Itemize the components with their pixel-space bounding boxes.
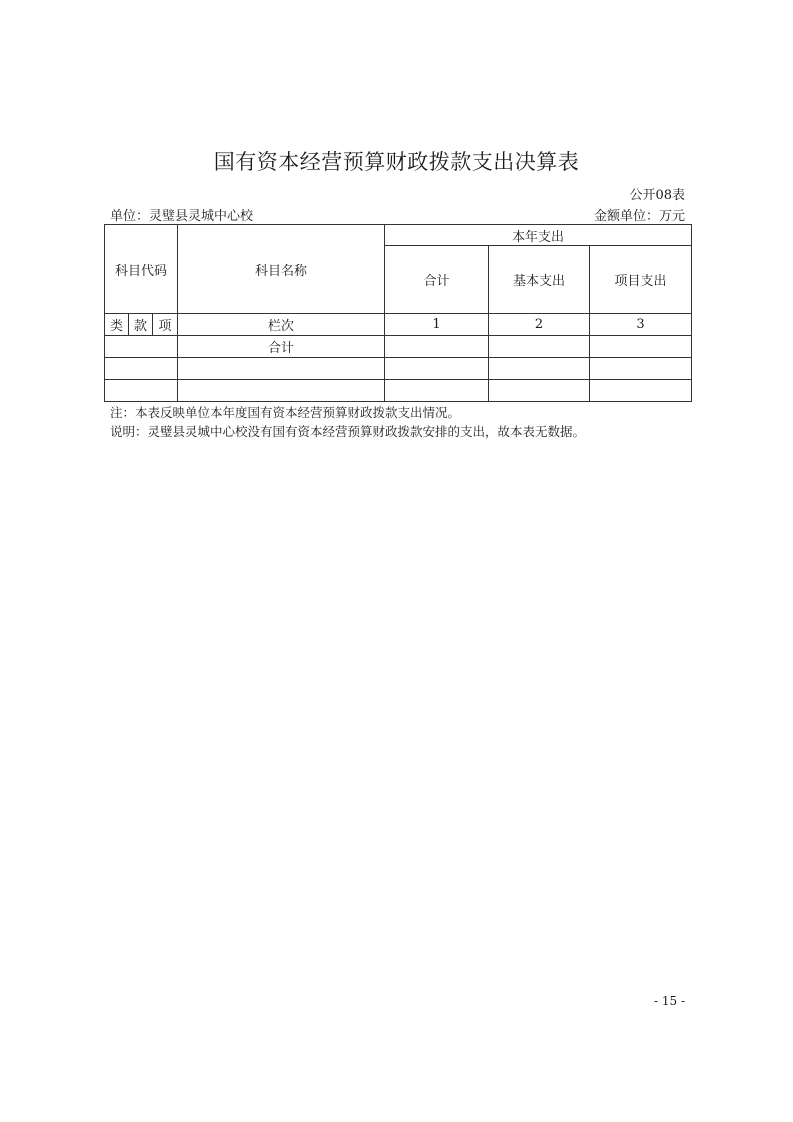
header-project-expenditure: 项目支出 xyxy=(590,246,692,314)
cell-total xyxy=(385,336,489,358)
page-number: - 15 - xyxy=(654,994,685,1008)
table-row xyxy=(105,380,692,402)
index-class: 类 xyxy=(105,314,129,336)
index-label: 栏次 xyxy=(178,314,385,336)
cell-basic xyxy=(489,380,590,402)
cell-project xyxy=(590,380,692,402)
cell-name xyxy=(178,358,385,380)
header-total: 合计 xyxy=(385,246,489,314)
cell-code xyxy=(105,380,178,402)
header-row: 科目代码 科目名称 本年支出 xyxy=(105,225,692,246)
cell-project xyxy=(590,336,692,358)
index-section: 款 xyxy=(129,314,153,336)
note-text: 注：本表反映单位本年度国有资本经营预算财政拨款支出情况。 xyxy=(110,403,585,422)
index-row: 类 款 项 栏次 1 2 3 xyxy=(105,314,692,336)
explanation-text: 说明：灵璧县灵城中心校没有国有资本经营预算财政拨款安排的支出，故本表无数据。 xyxy=(110,422,585,441)
cell-project xyxy=(590,358,692,380)
table-row: 合计 xyxy=(105,336,692,358)
cell-name xyxy=(178,380,385,402)
header-subject-name: 科目名称 xyxy=(178,225,385,314)
reporting-unit: 单位：灵璧县灵城中心校 xyxy=(110,205,253,224)
cell-basic xyxy=(489,358,590,380)
header-basic-expenditure: 基本支出 xyxy=(489,246,590,314)
expenditure-table: 科目代码 科目名称 本年支出 合计 基本支出 项目支出 类 款 项 栏次 1 2… xyxy=(104,224,692,402)
table-row xyxy=(105,358,692,380)
cell-code xyxy=(105,358,178,380)
index-item: 项 xyxy=(153,314,178,336)
form-number: 公开08表 xyxy=(629,184,685,203)
page-title: 国有资本经营预算财政拨款支出决算表 xyxy=(0,146,793,176)
index-col3: 3 xyxy=(590,314,692,336)
cell-code xyxy=(105,336,178,358)
index-col1: 1 xyxy=(385,314,489,336)
index-col2: 2 xyxy=(489,314,590,336)
amount-unit: 金额单位：万元 xyxy=(594,205,685,224)
cell-total xyxy=(385,358,489,380)
cell-basic xyxy=(489,336,590,358)
cell-name: 合计 xyxy=(178,336,385,358)
header-current-year-expenditure: 本年支出 xyxy=(385,225,692,246)
notes: 注：本表反映单位本年度国有资本经营预算财政拨款支出情况。 说明：灵璧县灵城中心校… xyxy=(110,403,585,441)
header-subject-code: 科目代码 xyxy=(105,225,178,314)
cell-total xyxy=(385,380,489,402)
